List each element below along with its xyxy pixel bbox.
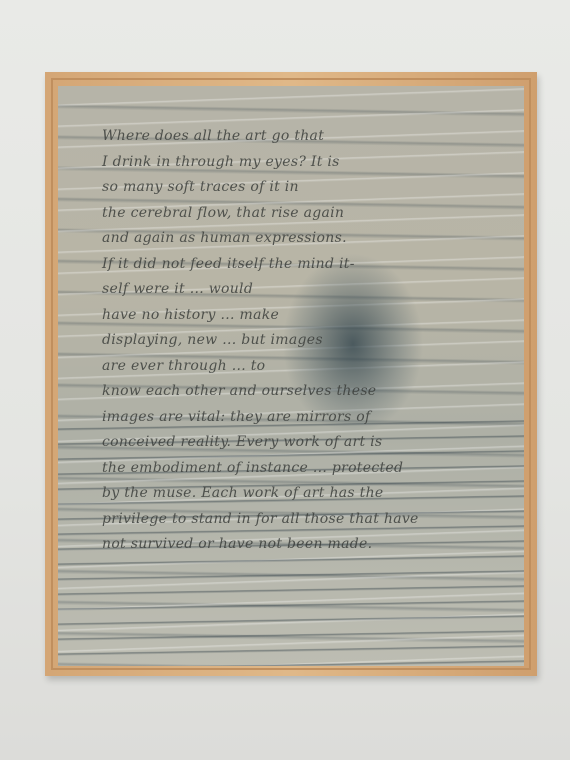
- text-line: conceived reality. Every work of art is: [102, 430, 502, 456]
- text-line: self were it ... would: [102, 277, 502, 303]
- text-line: have no history ... make: [102, 303, 502, 329]
- text-line: privilege to stand in for all those that…: [102, 507, 502, 533]
- text-line: the embodiment of instance ... protected: [102, 456, 502, 482]
- text-line: not survived or have not been made.: [102, 532, 502, 558]
- text-line: displaying, new ... but images: [102, 328, 502, 354]
- text-line: I drink in through my eyes? It is: [102, 150, 502, 176]
- handwritten-text: Where does all the art go that I drink i…: [102, 124, 502, 558]
- text-line: If it did not feed itself the mind it-: [102, 252, 502, 278]
- text-line: and again as human expressions.: [102, 226, 502, 252]
- text-line: Where does all the art go that: [102, 124, 502, 150]
- text-line: images are vital: they are mirrors of: [102, 405, 502, 431]
- text-line: are ever through ... to: [102, 354, 502, 380]
- text-line: the cerebral flow, that rise again: [102, 201, 502, 227]
- text-line: know each other and ourselves these: [102, 379, 502, 405]
- text-line: so many soft traces of it in: [102, 175, 502, 201]
- text-line: by the muse. Each work of art has the: [102, 481, 502, 507]
- artwork-canvas: Where does all the art go that I drink i…: [58, 86, 524, 666]
